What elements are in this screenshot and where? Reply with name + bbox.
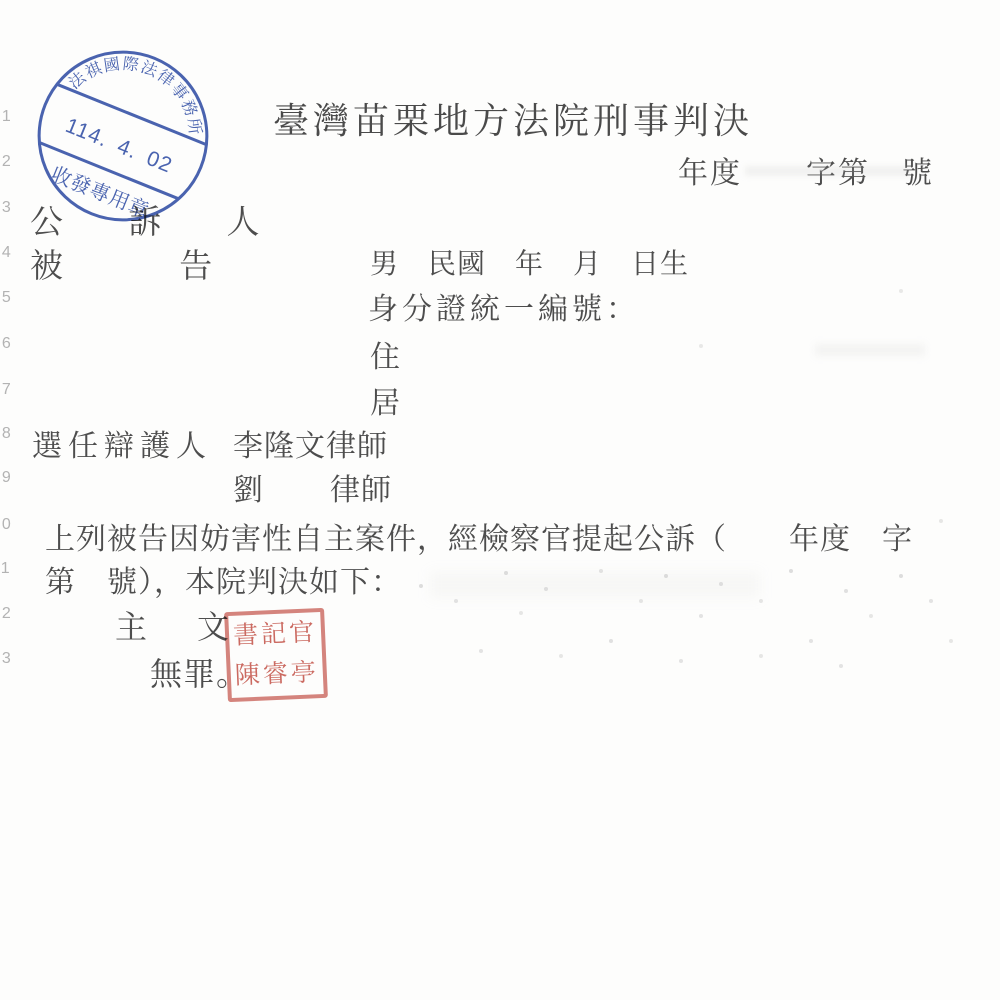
judgment-body-line-1: 上列被告因妨害性自主案件，經檢察官提起公訴（ 年度 字 [45,514,913,558]
id-number-label: 身分證統一編號： [368,284,640,328]
margin-line-number: 01 [0,108,21,126]
scan-smudge [430,572,760,598]
stamp-receipt-use-text: 收發專用章 [48,163,153,223]
margin-line-number: 04 [0,244,21,262]
clerk-seal-title: 書記官 [229,619,322,650]
defense-counsel-name-1: 李隆文律師 [233,421,388,465]
defense-counsel-label: 選任辯護人 [32,421,212,465]
margin-line-number: 12 [0,605,21,623]
defense-counsel-name-2: 劉 [233,465,264,509]
margin-line-number: 05 [0,289,21,307]
court-judgment-title: 臺灣苗栗地方法院刑事判決 [273,93,753,144]
margin-line-number: 06 [0,335,21,353]
main-text-heading: 主 文 [115,602,230,648]
scan-speckle-noise [0,0,2,2]
margin-line-number: 11 [0,560,21,578]
margin-line-number: 09 [0,469,21,487]
scanned-judgment-page: 01 02 03 04 05 06 07 08 09 10 11 12 13 臺… [0,0,1000,1000]
residence-label: 住 [370,332,401,376]
domicile-label: 居 [370,378,401,422]
court-clerk-seal: 書記官 陳睿亭 [224,608,328,702]
margin-line-number: 03 [0,199,21,217]
defendant-birth-info: 男 民國 年 月 日生 [370,242,689,282]
margin-line-number: 07 [0,381,21,399]
stamp-date-text: 114. 4. 02 [62,114,175,178]
clerk-seal-name: 陳睿亭 [230,659,323,690]
margin-line-number: 02 [0,153,21,171]
margin-line-number: 13 [0,650,21,668]
case-number-line: 年度 字第 號 [678,148,934,192]
scan-smudge [815,344,925,356]
margin-line-number: 08 [0,425,21,443]
margin-line-number: 10 [0,516,21,534]
judgment-body-line-2: 第 號），本院判決如下： [45,557,402,601]
defense-counsel-2-suffix: 律師 [330,465,392,509]
defendant-label: 被 告 [30,240,213,287]
law-firm-receipt-stamp: 法祺國際法律事務所 114. 4. 02 收發專用章 [28,40,220,232]
